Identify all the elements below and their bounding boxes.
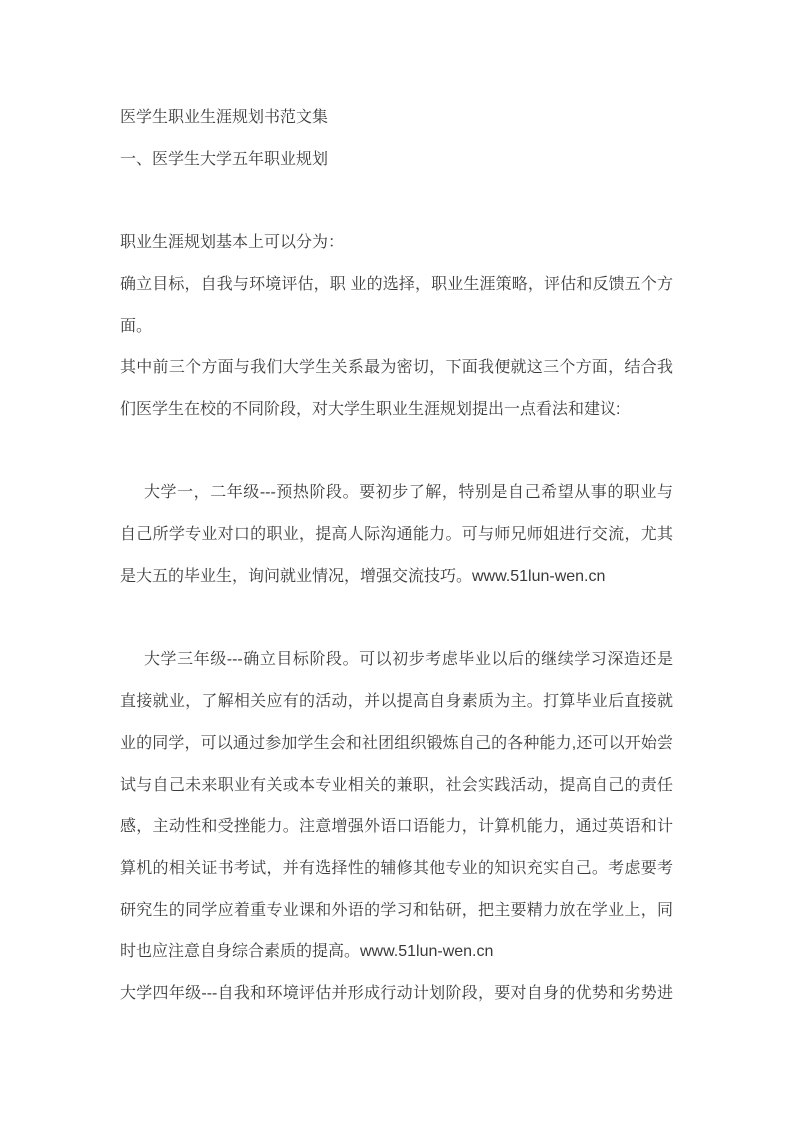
text-line: 大学四年级---自我和环境评估并形成行动计划阶段，要对自身的优势和劣势进 xyxy=(120,973,673,1015)
text-line: 自己所学专业对口的职业，提高人际沟通能力。可与师兄师姐进行交流，尤其 xyxy=(120,514,673,556)
blank-line xyxy=(120,598,673,640)
text-line: 其中前三个方面与我们大学生关系最为密切，下面我便就这三个方面，结合我 xyxy=(120,347,673,389)
text-line: 大学一，二年级---预热阶段。要初步了解，特别是自己希望从事的职业与 xyxy=(120,472,673,514)
text-line: 直接就业，了解相关应有的活动，并以提高自身素质为主。打算毕业后直接就 xyxy=(120,681,673,723)
doc-title: 医学生职业生涯规划书范文集 xyxy=(120,97,673,139)
text-line: 大学三年级---确立目标阶段。可以初步考虑毕业以后的继续学习深造还是 xyxy=(120,639,673,681)
section-heading: 一、医学生大学五年职业规划 xyxy=(120,139,673,181)
text-line: 研究生的同学应着重专业课和外语的学习和钻研，把主要精力放在学业上，同 xyxy=(120,890,673,932)
text-line: 试与自己未来职业有关或本专业相关的兼职，社会实践活动，提高自己的责任 xyxy=(120,765,673,807)
blank-line xyxy=(120,431,673,473)
text-line: 们医学生在校的不同阶段，对大学生职业生涯规划提出一点看法和建议: xyxy=(120,389,673,431)
text-line: 时也应注意自身综合素质的提高。www.51lun-wen.cn xyxy=(120,931,673,973)
text-line: 职业生涯规划基本上可以分为： xyxy=(120,222,673,264)
text-line: 算机的相关证书考试，并有选择性的辅修其他专业的知识充实自己。考虑要考 xyxy=(120,848,673,890)
text-line: 确立目标，自我与环境评估，职 业的选择，职业生涯策略，评估和反馈五个方 xyxy=(120,264,673,306)
document-page: 医学生职业生涯规划书范文集 一、医学生大学五年职业规划 职业生涯规划基本上可以分… xyxy=(0,0,793,1122)
text-line: 感，主动性和受挫能力。注意增强外语口语能力，计算机能力，通过英语和计 xyxy=(120,806,673,848)
text-line: 面。 xyxy=(120,306,673,348)
document-body: 医学生职业生涯规划书范文集 一、医学生大学五年职业规划 职业生涯规划基本上可以分… xyxy=(120,97,673,1015)
text-line: 业的同学，可以通过参加学生会和社团组织锻炼自己的各种能力,还可以开始尝 xyxy=(120,723,673,765)
text-line: 是大五的毕业生，询问就业情况，增强交流技巧。www.51lun-wen.cn xyxy=(120,556,673,598)
blank-line xyxy=(120,180,673,222)
